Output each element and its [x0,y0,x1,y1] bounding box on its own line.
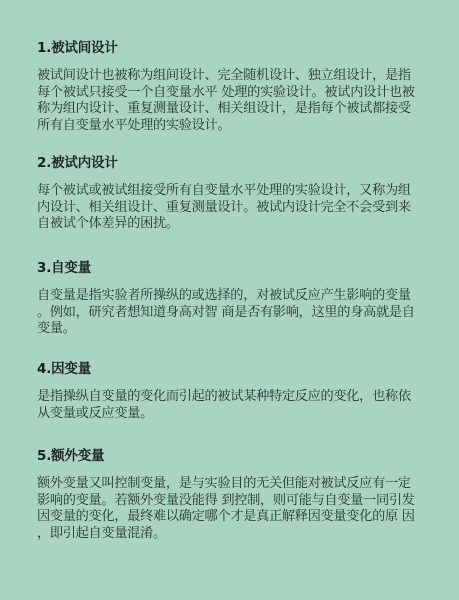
section-title: 5.额外变量 [37,448,427,464]
section-dependent-variable: 4.因变量 是指操纵自变量的变化而引起的被试某种特定反应的变化，也称依 从变量或… [37,361,427,422]
section-extraneous-variable: 5.额外变量 额外变量又叫控制变量，是与实验目的无关但能对被试反应有一定 影响的… [37,448,427,542]
body-line: 额外变量又叫控制变量，是与实验目的无关但能对被试反应有一定 [37,476,427,493]
body-line: 每个被试或被试组接受所有自变量水平处理的实验设计，又称为组 [37,183,427,200]
body-line: ，即引起自变量混淆。 [37,526,427,543]
body-line: 因变量的变化，最终难以确定哪个才是真正解释因变量变化的原 因 [37,509,427,526]
section-body: 被试间设计也被称为组间设计、完全随机设计、独立组设计，是指 每个被试只接受一个自… [37,68,427,134]
body-line: 每个被试只接受一个自变量水平 处理的实验设计。被试内设计也被 [37,85,427,102]
body-line: 从变量或反应变量。 [37,406,427,423]
body-line: 变量。 [37,321,427,338]
body-line: 自变量是指实验者所操纵的或选择的，对被试反应产生影响的变量 [37,288,427,305]
section-title: 2.被试内设计 [37,155,427,171]
body-line: 被试间设计也被称为组间设计、完全随机设计、独立组设计，是指 [37,68,427,85]
section-between-subjects-design: 1.被试间设计 被试间设计也被称为组间设计、完全随机设计、独立组设计，是指 每个… [37,40,427,134]
body-line: 内设计、相关组设计、重复测量设计。被试内设计完全不会受到来 [37,200,427,217]
section-within-subjects-design: 2.被试内设计 每个被试或被试组接受所有自变量水平处理的实验设计，又称为组 内设… [37,155,427,233]
section-title: 4.因变量 [37,361,427,377]
section-body: 是指操纵自变量的变化而引起的被试某种特定反应的变化，也称依 从变量或反应变量。 [37,389,427,422]
section-title: 3.自变量 [37,260,427,276]
section-body: 自变量是指实验者所操纵的或选择的，对被试反应产生影响的变量 。例如，研究者想知道… [37,288,427,338]
document-page: 1.被试间设计 被试间设计也被称为组间设计、完全随机设计、独立组设计，是指 每个… [0,0,459,600]
section-title: 1.被试间设计 [37,40,427,56]
section-body: 每个被试或被试组接受所有自变量水平处理的实验设计，又称为组 内设计、相关组设计、… [37,183,427,233]
section-independent-variable: 3.自变量 自变量是指实验者所操纵的或选择的，对被试反应产生影响的变量 。例如，… [37,260,427,338]
body-line: 所有自变量水平处理的实验设计。 [37,118,427,135]
body-line: 自被试个体差异的困扰。 [37,216,427,233]
body-line: 是指操纵自变量的变化而引起的被试某种特定反应的变化，也称依 [37,389,427,406]
section-body: 额外变量又叫控制变量，是与实验目的无关但能对被试反应有一定 影响的变量。若额外变… [37,476,427,542]
body-line: 影响的变量。若额外变量没能得 到控制，则可能与自变量一同引发 [37,493,427,510]
body-line: 。例如，研究者想知道身高对智 商是否有影响，这里的身高就是自 [37,305,427,322]
body-line: 称为组内设计、重复测量设计、相关组设计，是指每个被试都接受 [37,101,427,118]
